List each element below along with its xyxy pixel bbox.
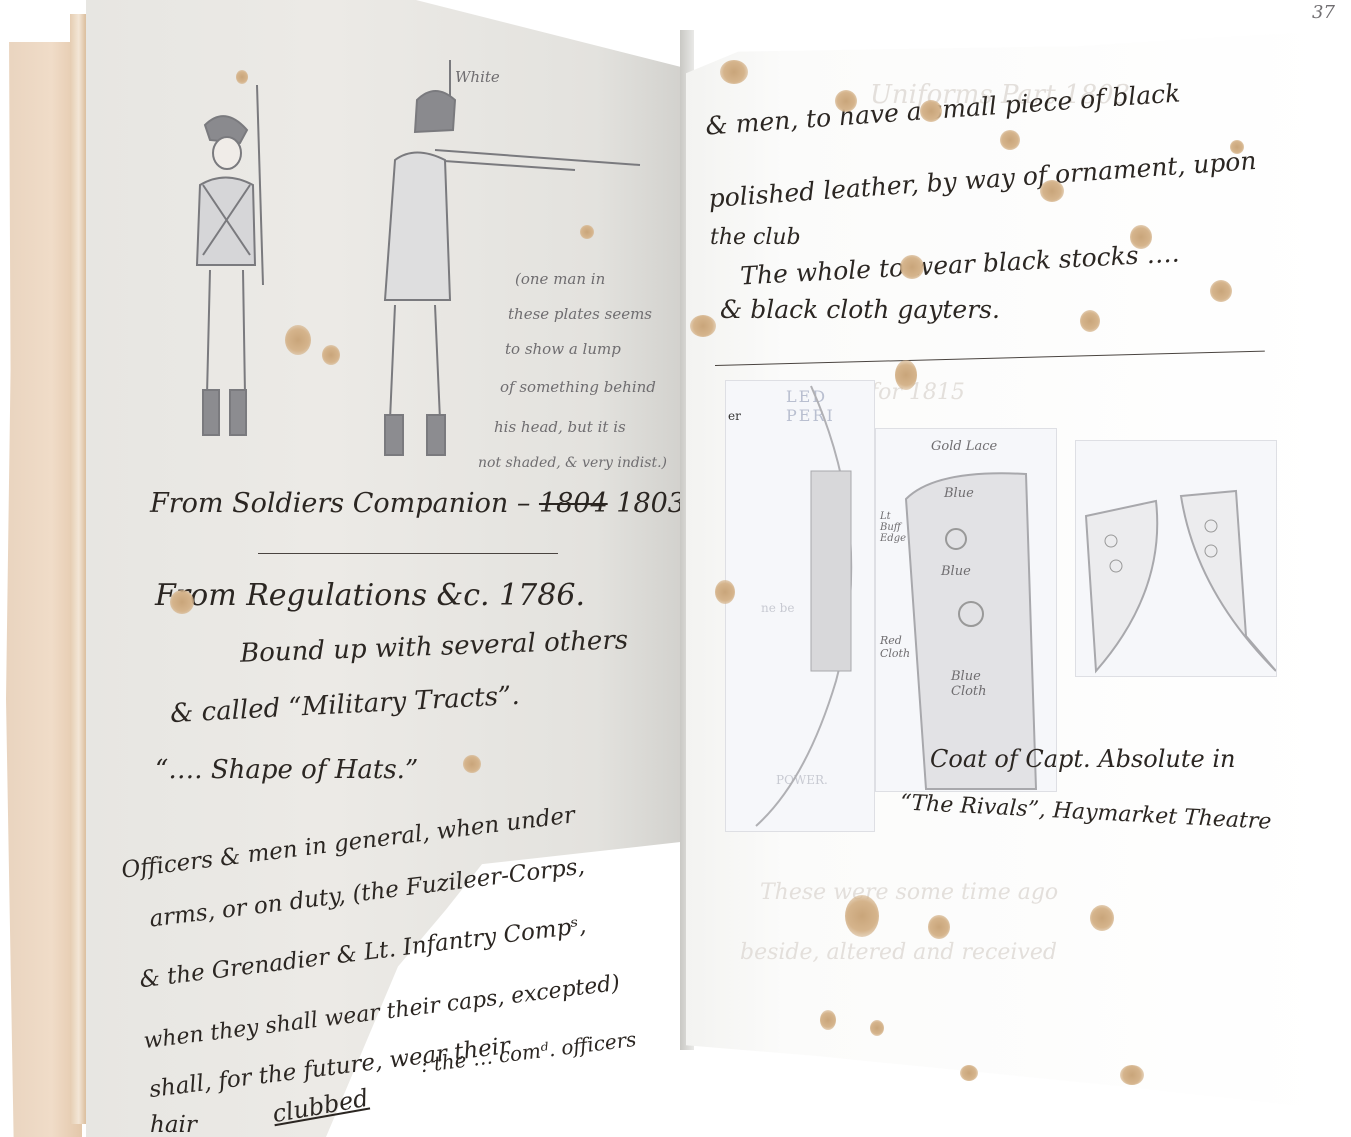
sketch-label-gold-lace: Gold Lace <box>931 439 997 454</box>
coat-caption-line: Coat of Capt. Absolute in <box>930 745 1236 773</box>
caption-source: From Soldiers Companion – <box>150 488 539 519</box>
note-line: to show a lump <box>505 340 621 358</box>
section-heading: From Regulations &c. 1786. <box>155 578 585 613</box>
pasted-cutting-right <box>1075 440 1277 677</box>
sketch-label-blue: Blue <box>944 486 974 501</box>
note-line: these plates seems <box>508 305 652 323</box>
label-white: White <box>455 68 500 86</box>
sketch-label-buff-edge: Lt Buff Edge <box>880 511 910 544</box>
body-line: : the … comᵈ. officers <box>419 1027 637 1077</box>
section-line: “…. Shape of Hats.” <box>155 755 418 785</box>
body-line: hair <box>150 1112 197 1137</box>
sketch-label-blue-cloth: Blue Cloth <box>951 669 1001 699</box>
note-line: (one man in <box>515 270 605 288</box>
text-line: & black cloth gayters. <box>720 295 1000 324</box>
pasted-cutting-center: Gold Lace Blue Lt Buff Edge Blue Red Clo… <box>875 428 1057 792</box>
note-line: not shaded, & very indist.) <box>478 455 667 471</box>
note-line: of something behind <box>500 378 656 396</box>
note-line: his head, but it is <box>494 418 626 436</box>
pasted-cutting-left: LED PERI er ne be POWER. <box>725 380 875 832</box>
sketch-caption: From Soldiers Companion – 1804 1803. <box>150 488 694 519</box>
divider-line <box>258 553 558 554</box>
text-line: the club <box>710 225 801 250</box>
caption-struck-year: 1804 <box>539 488 608 519</box>
soldier-aiming-sketch <box>355 60 645 460</box>
soldier-standing-sketch <box>175 85 275 455</box>
sketch-label-blue: Blue <box>941 564 971 579</box>
sketch-label-red-cloth: Red Cloth <box>880 634 910 660</box>
page-number: 37 <box>1312 2 1335 23</box>
